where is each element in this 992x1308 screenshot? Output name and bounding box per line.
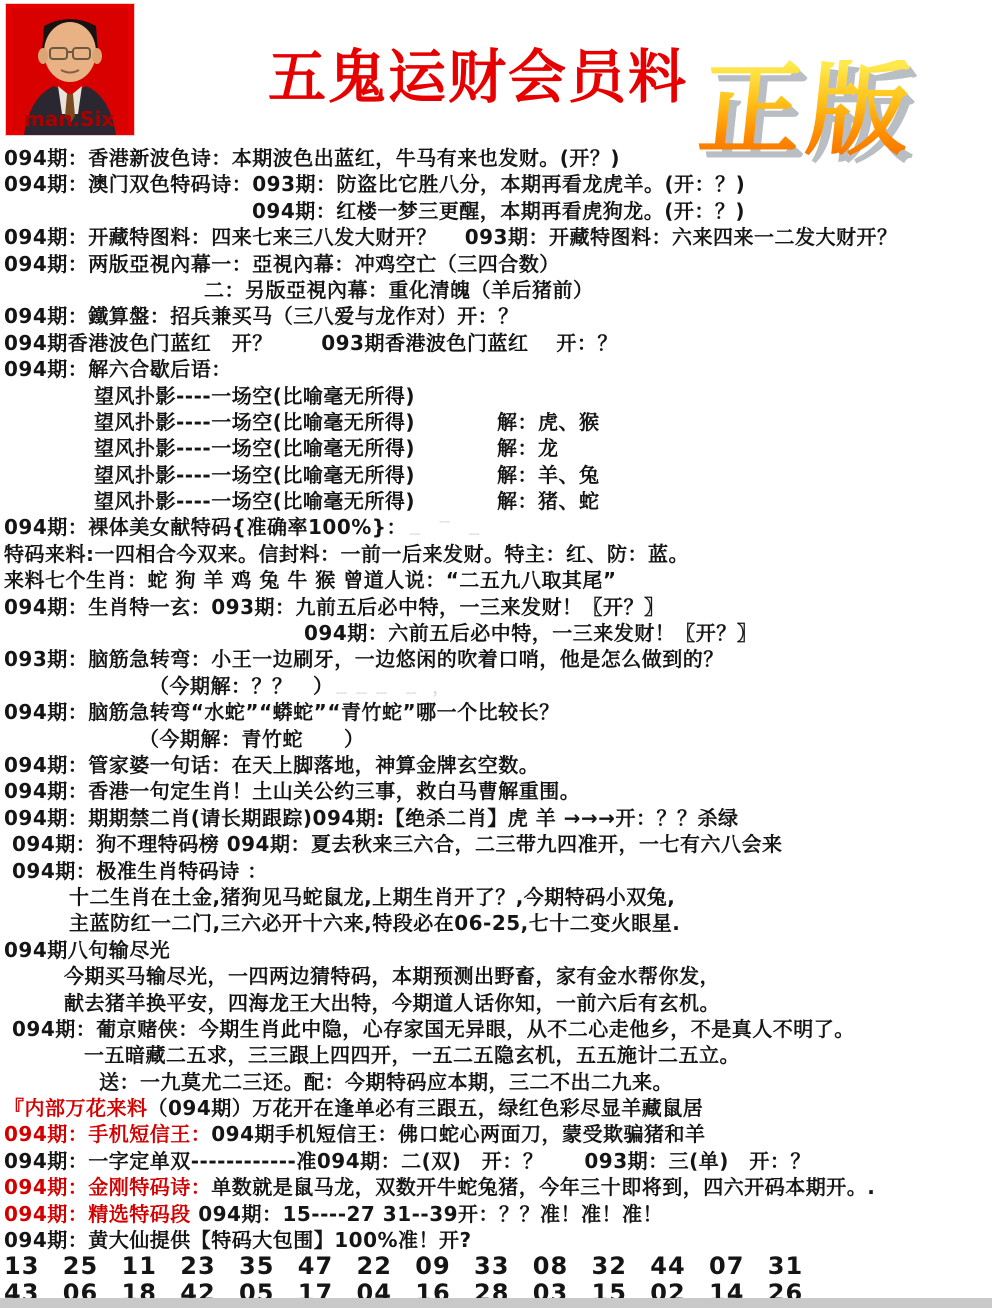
line-text: 单数就是鼠马龙，双数开牛蛇兔猪，今年三十即将到，四六开码本期开。.	[211, 1175, 875, 1199]
text-line: 望风扑影----一场空(比喻毫无所得) 解：龙	[4, 435, 992, 461]
line-text: 望风扑影----一场空(比喻毫无所得) 解：猪、蛇	[94, 489, 599, 513]
text-line: 今期买马输尽光，一四两边猜特码，本期预测出野畜，家有金水帮你发，	[4, 963, 992, 989]
line-text: 094期香港波色门蓝红 开？ 093期香港波色门蓝红 开：？	[4, 331, 618, 355]
line-text: 094期八句输尽光	[4, 938, 170, 962]
line-text: 主蓝防红一二门,三六必开十六来,特段必在06-25,七十二变火眼星.	[69, 911, 680, 935]
text-line: 094期：一字定单双------------准094期：二(双) 开：？ 093…	[4, 1148, 992, 1174]
text-line: 094期：金刚特码诗：单数就是鼠马龙，双数开牛蛇兔猪，今年三十即将到，四六开码本…	[4, 1174, 992, 1200]
text-line: 094期：狗不理特码榜 094期：夏去秋来三六合，二三带九四准开，一七有六八会来	[4, 831, 992, 857]
text-line: 094期：期期禁二肖(请长期跟踪)094期:【绝杀二肖】虎 羊 →→→开：？？杀…	[4, 805, 992, 831]
text-line: 望风扑影----一场空(比喻毫无所得) 解：猪、蛇	[4, 488, 992, 514]
text-line: 094期：红楼一梦三更醒，本期再看虎狗龙。(开：？)	[4, 198, 992, 224]
text-line: 来料七个生肖：蛇 狗 羊 鸡 兔 牛 猴 曾道人说：“二五九八取其尾”	[4, 567, 992, 593]
line-text: 094期：狗不理特码榜 094期：夏去秋来三六合，二三带九四准开，一七有六八会来	[12, 832, 782, 856]
line-text: 094期：期期禁二肖(请长期跟踪)094期:【绝杀二肖】虎 羊 →→→开：？？杀…	[4, 806, 738, 830]
text-line: 094期：两版亞視內幕一：亞視內幕：冲鸡空亡（三四合数）	[4, 251, 992, 277]
line-text: 二：另版亞視內幕：重化清魄（羊后猪前）	[204, 278, 594, 302]
text-line: 094期：手机短信王：094期手机短信王：佛口蛇心两面刀，蒙受欺骗猪和羊	[4, 1121, 992, 1147]
text-line: 送：一九莫尤二三还。配：今期特码应本期，三二不出二九来。	[4, 1069, 992, 1095]
line-text: 094期：香港新波色诗：本期波色出蓝红，牛马有来也发财。(开？)	[4, 146, 620, 170]
text-line: 094期：黄大仙提供【特码大包围】100%准！开?	[4, 1227, 992, 1253]
portrait-illustration: man.Six	[6, 4, 134, 135]
line-text: 来料七个生肖：蛇 狗 羊 鸡 兔 牛 猴 曾道人说：“二五九八取其尾”	[4, 568, 617, 592]
line-text: 094期：葡京赌侠：今期生肖此中隐，心存家国无异眼，从不二心走他乡，不是真人不明…	[12, 1017, 855, 1041]
erased-text-smudge: ﹍﹎﹍ ﹎ ，	[334, 678, 453, 697]
text-line: 094期：生肖特一玄：093期：九前五后必中特，一三来发财！〖开？〗	[4, 594, 992, 620]
line-text: 094期：一字定单双------------准094期：二(双) 开：？ 093…	[4, 1149, 811, 1173]
text-line: 主蓝防红一二门,三六必开十六来,特段必在06-25,七十二变火眼星.	[4, 910, 992, 936]
text-line: 094期：极准生肖特码诗 ：	[4, 858, 992, 884]
line-text: 送：一九莫尤二三还。配：今期特码应本期，三二不出二九来。	[99, 1070, 673, 1094]
line-text: 094期：香港一句定生肖！土山关公约三事，救白马曹解重围。	[4, 779, 580, 803]
line-text: 望风扑影----一场空(比喻毫无所得) 解：羊、兔	[94, 463, 599, 487]
line-text: 094期：红楼一梦三更醒，本期再看虎狗龙。(开：？)	[252, 199, 745, 223]
page-title: 五鬼运财会员料	[268, 30, 688, 114]
text-line: 094期：六前五后必中特，一三来发财！〖开？〗	[4, 620, 992, 646]
text-line: 094期：澳门双色特码诗：093期：防盗比它胜八分，本期再看龙虎羊。(开：？)	[4, 171, 992, 197]
line-text: 094期：管家婆一句话：在天上脚落地，神算金牌玄空数。	[4, 753, 539, 777]
line-text: 今期买马输尽光，一四两边猜特码，本期预测出野畜，家有金水帮你发，	[64, 964, 720, 988]
text-line: 13 25 11 23 35 47 22 09 33 08 32 44 07 3…	[4, 1253, 992, 1280]
photo-watermark: man.Six	[24, 107, 114, 131]
line-red-prefix: 094期：精选特码段	[4, 1202, 198, 1226]
line-text: 十二生肖在土金,猪狗见马蛇鼠龙,上期生肖开了？,今期特码小双兔,	[69, 885, 675, 909]
line-text: 094期：15----27 31--39开：？？准！准！准！	[198, 1202, 663, 1226]
text-line: 094期：开藏特图料：四来七来三八发大财开？ 093期：开藏特图料：六来四来一二…	[4, 224, 992, 250]
line-text: 094期：六前五后必中特，一三来发财！〖开？〗	[304, 621, 757, 645]
text-line: 094期：解六合歇后语：	[4, 356, 992, 382]
line-text: 特码来料:一四相合今双来。信封料：一前一后来发财。特主：红、防：蓝。	[4, 542, 689, 566]
page-header: man.Six 五鬼运财会员料 正版 正版	[0, 0, 992, 145]
line-text: （今期解：？？ ）	[149, 674, 334, 698]
line-text: 094期：开藏特图料：四来七来三八发大财开？ 093期：开藏特图料：六来四来一二…	[4, 225, 897, 249]
line-red-prefix: 『内部万花来料	[4, 1096, 148, 1120]
line-text: 094期：极准生肖特码诗 ：	[12, 859, 268, 883]
text-line: 094期：鐵算盤：招兵兼买马（三八爱与龙作对）开：？	[4, 303, 992, 329]
text-line: 094期：精选特码段 094期：15----27 31--39开：？？准！准！准…	[4, 1201, 992, 1227]
line-text: 094期：澳门双色特码诗：093期：防盗比它胜八分，本期再看龙虎羊。(开：？)	[4, 172, 745, 196]
text-line: 特码来料:一四相合今双来。信封料：一前一后来发财。特主：红、防：蓝。	[4, 541, 992, 567]
footer-bar	[0, 1298, 992, 1308]
line-text: 094期：黄大仙提供【特码大包围】100%准！开?	[4, 1228, 472, 1252]
line-red-prefix: 094期：金刚特码诗：	[4, 1175, 211, 1199]
line-text: 望风扑影----一场空(比喻毫无所得) 解：虎、猴	[94, 410, 599, 434]
line-text: 094期：裸体美女献特码{准确率100%}：	[4, 515, 407, 539]
line-red-prefix: 094期：手机短信王：	[4, 1122, 211, 1146]
line-text: （今期解：青竹蛇 ）	[139, 727, 365, 751]
text-line: 献去猪羊换平安，四海龙王大出特，今期道人话你知，一前六后有玄机。	[4, 990, 992, 1016]
text-line: 望风扑影----一场空(比喻毫无所得) 解：羊、兔	[4, 462, 992, 488]
text-line: 093期：脑筋急转弯：小王一边刷牙，一边悠闲的吹着口哨，他是怎么做到的？	[4, 646, 992, 672]
erased-text-smudge: ﹍ ﹊ ﹍	[407, 519, 486, 538]
text-line: 094期八句输尽光	[4, 937, 992, 963]
line-text: 13 25 11 23 35 47 22 09 33 08 32 44 07 3…	[4, 1252, 803, 1280]
line-text: 094期：脑筋急转弯“水蛇”“蟒蛇”“青竹蛇”哪一个比较长？	[4, 700, 560, 724]
portrait-photo: man.Six	[5, 3, 135, 136]
text-line: 094期：裸体美女献特码{准确率100%}：﹍ ﹊ ﹍	[4, 514, 992, 540]
text-line: 094期：脑筋急转弯“水蛇”“蟒蛇”“青竹蛇”哪一个比较长？	[4, 699, 992, 725]
line-text: 一五暗藏二五求，三三跟上四四开，一五二五隐玄机，五五施计二五立。	[84, 1043, 740, 1067]
line-text: 093期：脑筋急转弯：小王一边刷牙，一边悠闲的吹着口哨，他是怎么做到的？	[4, 647, 724, 671]
text-line: 094期香港波色门蓝红 开？ 093期香港波色门蓝红 开：？	[4, 330, 992, 356]
text-line: 二：另版亞視內幕：重化清魄（羊后猪前）	[4, 277, 992, 303]
content-lines: 094期：香港新波色诗：本期波色出蓝红，牛马有来也发财。(开？)094期：澳门双…	[4, 145, 992, 1307]
line-text: 望风扑影----一场空(比喻毫无所得) 解：龙	[94, 436, 558, 460]
line-text: 094期手机短信王：佛口蛇心两面刀，蒙受欺骗猪和羊	[211, 1122, 705, 1146]
line-text: 094期：鐵算盤：招兵兼买马（三八爱与龙作对）开：？	[4, 304, 519, 328]
text-line: 『内部万花来料（094期）万花开在逢单必有三跟五，绿红色彩尽显羊藏鼠居	[4, 1095, 992, 1121]
text-line: 望风扑影----一场空(比喻毫无所得) 解：虎、猴	[4, 409, 992, 435]
line-text: 望风扑影----一场空(比喻毫无所得)	[94, 384, 415, 408]
text-line: 十二生肖在土金,猪狗见马蛇鼠龙,上期生肖开了？,今期特码小双兔,	[4, 884, 992, 910]
text-line: 094期：香港新波色诗：本期波色出蓝红，牛马有来也发财。(开？)	[4, 145, 992, 171]
text-line: 094期：葡京赌侠：今期生肖此中隐，心存家国无异眼，从不二心走他乡，不是真人不明…	[4, 1016, 992, 1042]
line-text: （094期）万花开在逢单必有三跟五，绿红色彩尽显羊藏鼠居	[148, 1096, 704, 1120]
text-line: 094期：管家婆一句话：在天上脚落地，神算金牌玄空数。	[4, 752, 992, 778]
line-text: 094期：两版亞視內幕一：亞視內幕：冲鸡空亡（三四合数）	[4, 252, 560, 276]
text-line: （今期解：青竹蛇 ）	[4, 726, 992, 752]
line-text: 094期：生肖特一玄：093期：九前五后必中特，一三来发财！〖开？〗	[4, 595, 665, 619]
text-line: 望风扑影----一场空(比喻毫无所得)	[4, 383, 992, 409]
text-line: 一五暗藏二五求，三三跟上四四开，一五二五隐玄机，五五施计二五立。	[4, 1042, 992, 1068]
text-line: （今期解：？？ ）﹍﹎﹍ ﹎ ，	[4, 673, 992, 699]
text-line: 094期：香港一句定生肖！土山关公约三事，救白马曹解重围。	[4, 778, 992, 804]
line-text: 献去猪羊换平安，四海龙王大出特，今期道人话你知，一前六后有玄机。	[64, 991, 720, 1015]
line-text: 094期：解六合歇后语：	[4, 357, 232, 381]
